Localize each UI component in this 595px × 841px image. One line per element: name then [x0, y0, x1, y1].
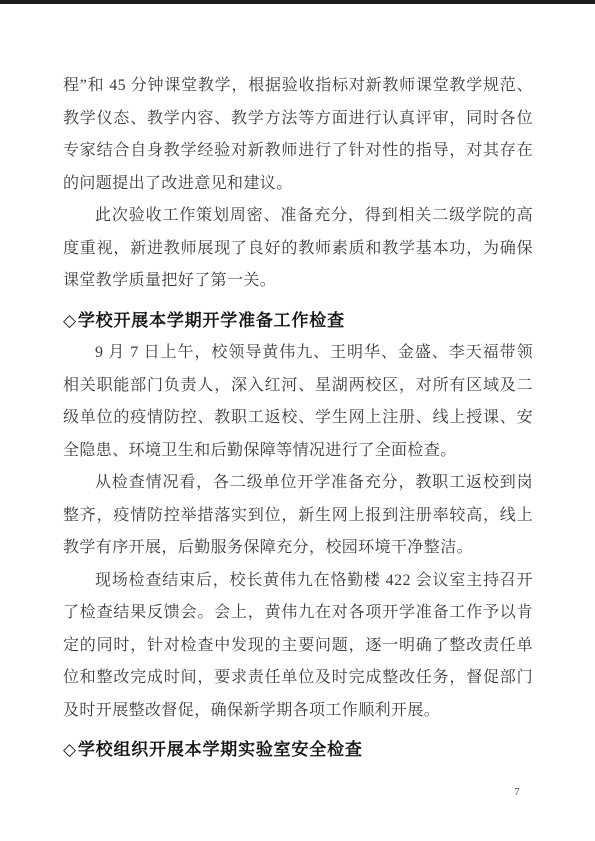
diamond-bullet-icon: ◇: [63, 311, 77, 330]
section-heading-label: 学校开展本学期开学准备工作检查: [78, 311, 345, 330]
section-heading: ◇学校开展本学期开学准备工作检查: [63, 305, 533, 338]
paragraph: 此次验收工作策划周密、准备充分，得到相关二级学院的高度重视，新进教师展现了良好的…: [63, 200, 533, 298]
paragraph: 9 月 7 日上午，校领导黄伟九、王明华、金盛、李天福带领相关职能部门负责人，深…: [63, 337, 533, 467]
page-number: 7: [503, 785, 531, 799]
document-page: 程”和 45 分钟课堂教学，根据验收指标对新教师课堂教学规范、教学仪态、教学内容…: [0, 0, 595, 841]
diamond-bullet-icon: ◇: [63, 740, 77, 759]
paragraph: 现场检查结束后，校长黄伟九在恪勤楼 422 会议室主持召开了检查结果反馈会。会上…: [63, 565, 533, 728]
document-content: 程”和 45 分钟课堂教学，根据验收指标对新教师课堂教学规范、教学仪态、教学内容…: [63, 70, 533, 767]
section-heading-label: 学校组织开展本学期实验室安全检查: [78, 740, 363, 759]
section-heading: ◇学校组织开展本学期实验室安全检查: [63, 734, 533, 767]
paragraph-continuation: 程”和 45 分钟课堂教学，根据验收指标对新教师课堂教学规范、教学仪态、教学内容…: [63, 70, 533, 200]
paragraph: 从检查情况看，各二级单位开学准备充分，教职工返校到岗整齐，疫情防控举措落实到位，…: [63, 467, 533, 565]
page-top-edge-line: [0, 0, 595, 4]
